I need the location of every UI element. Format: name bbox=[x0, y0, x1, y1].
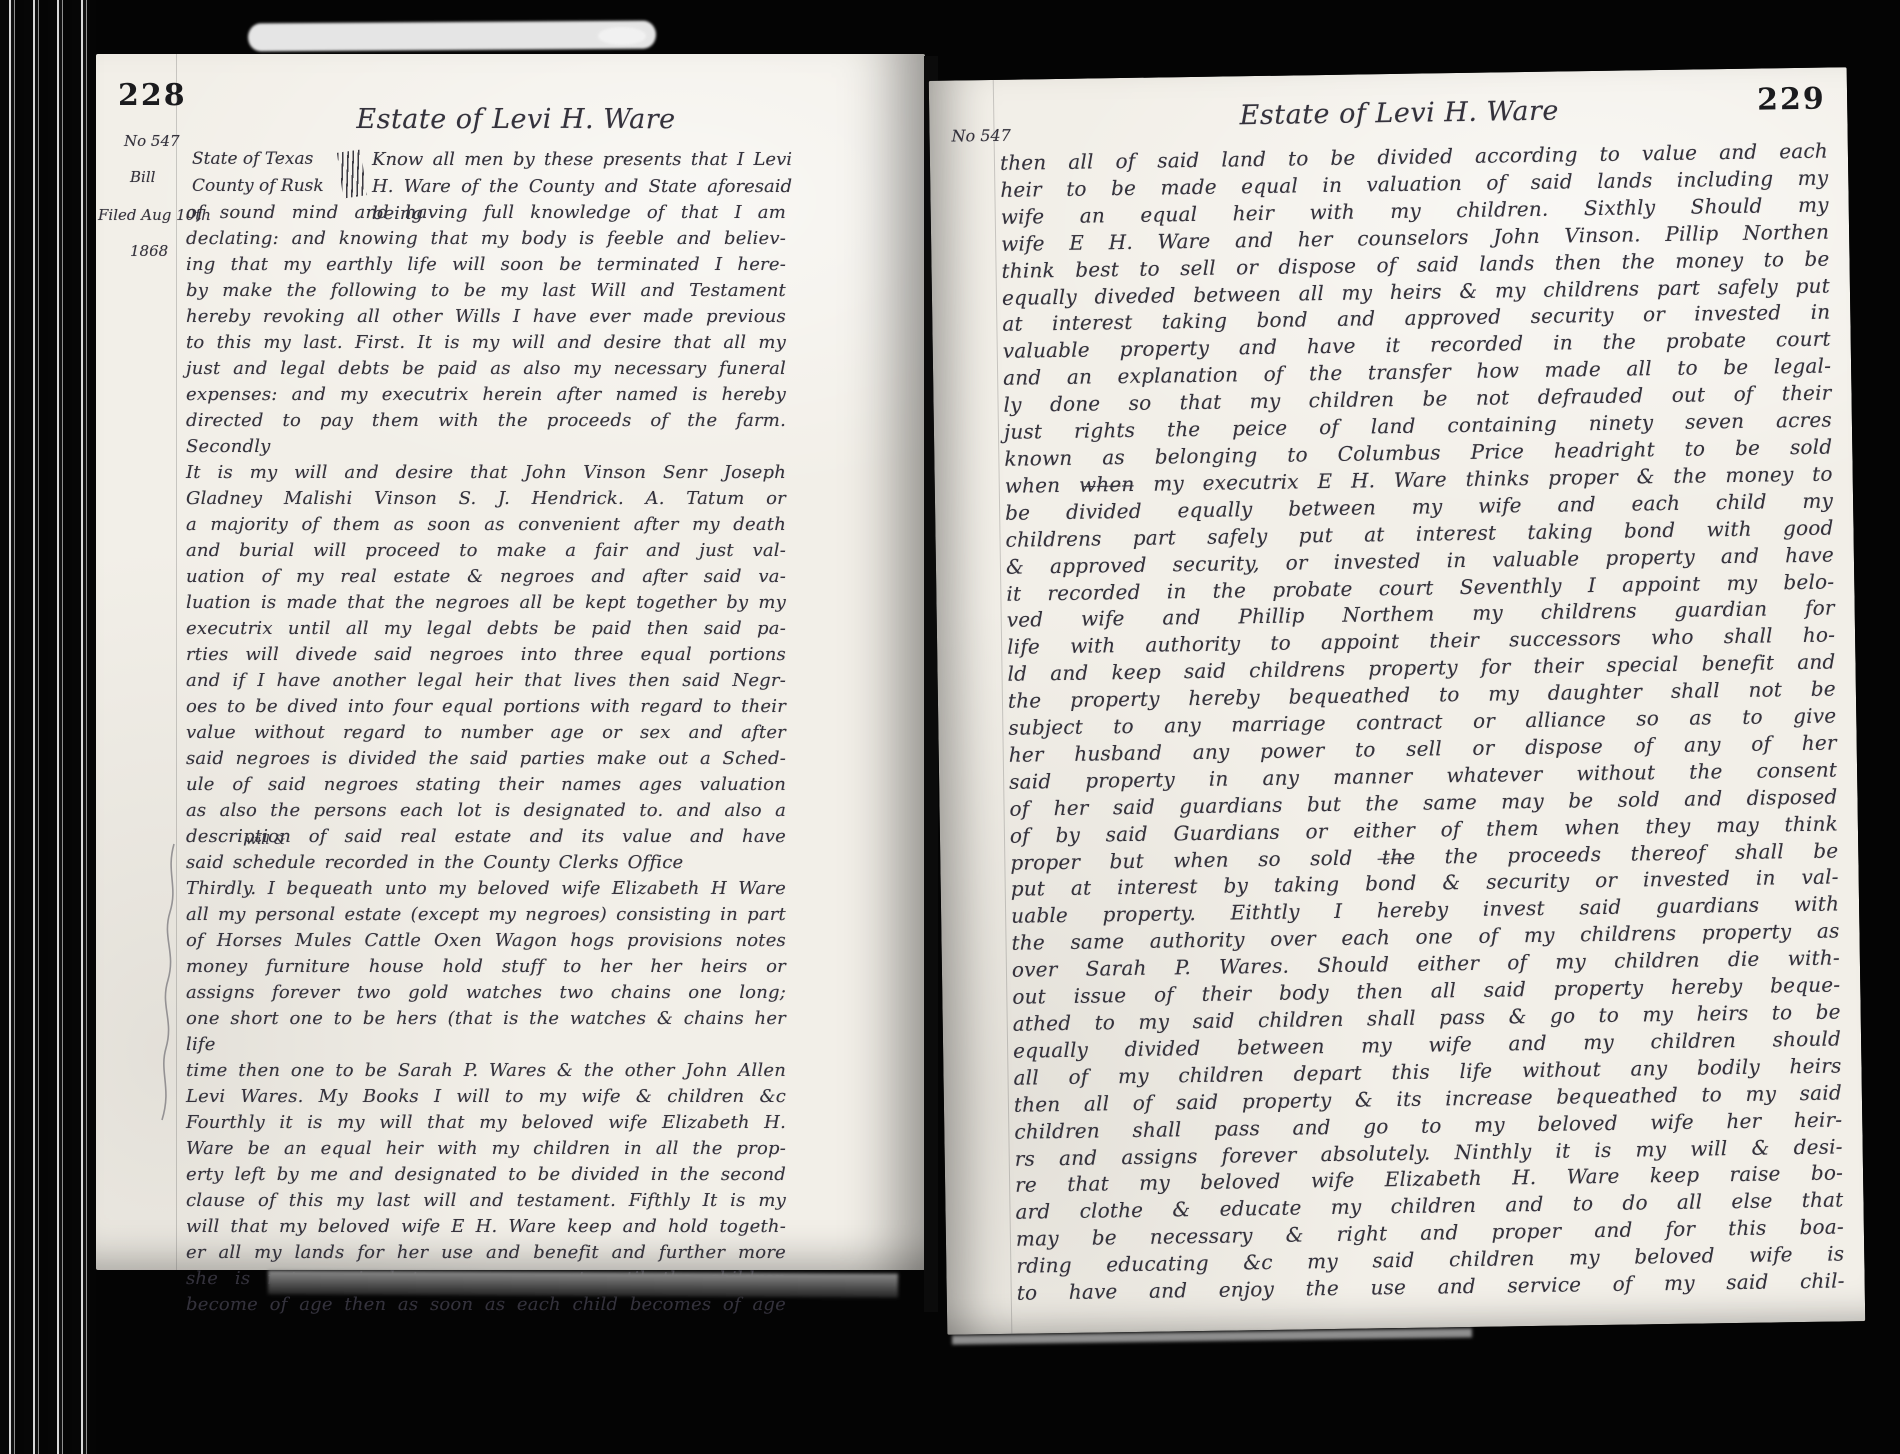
handwritten-line: Know all men by these presents that I Le… bbox=[372, 146, 792, 173]
left-page: 228 No 547 Bill Filed Aug 10th 1868 Esta… bbox=[96, 54, 925, 1270]
handwritten-line: rties will divede said negroes into thre… bbox=[186, 642, 786, 668]
handwritten-line: uation of my real estate & negroes and a… bbox=[186, 564, 786, 590]
handwritten-line: money furniture house hold stuff to her … bbox=[186, 954, 786, 980]
scanner-glare bbox=[248, 21, 656, 52]
handwritten-line: Ware be an equal heir with my children i… bbox=[186, 1136, 786, 1162]
handwritten-line: assigns forever two gold watches two cha… bbox=[186, 980, 786, 1006]
handwritten-line: by make the following to be my last Will… bbox=[186, 278, 786, 304]
handwritten-line: expenses: and my executrix herein after … bbox=[186, 382, 786, 408]
margin-note-case-number: No 547 bbox=[124, 132, 180, 150]
ink-hatch-mark bbox=[337, 150, 367, 199]
handwritten-line: declating: and knowing that my body is f… bbox=[186, 226, 786, 252]
scanner-glare-small bbox=[598, 27, 646, 45]
margin-script-marking bbox=[152, 842, 184, 1122]
handwritten-line: er all my lands for her use and benefit … bbox=[186, 1240, 786, 1266]
handwritten-line: oes to be dived into four equal portions… bbox=[186, 694, 786, 720]
handwritten-line: ing that my earthly life will soon be te… bbox=[186, 252, 786, 278]
handwritten-line: will that my beloved wife E H. Ware keep… bbox=[186, 1214, 786, 1240]
venue-line: State of Texas bbox=[192, 146, 340, 173]
handwritten-line: hereby revoking all other Wills I have e… bbox=[186, 304, 786, 330]
handwritten-line: clause of this my last will and testamen… bbox=[186, 1188, 786, 1214]
handwritten-line: of sound mind and having full knowledge … bbox=[186, 200, 786, 226]
handwritten-line: executrix until all my legal debts be pa… bbox=[186, 616, 786, 642]
handwritten-line: said negroes is divided the said parties… bbox=[186, 746, 786, 772]
right-folio-number: 229 bbox=[1757, 82, 1826, 118]
handwritten-line: time then one to be Sarah P. Wares & the… bbox=[186, 1058, 786, 1084]
book-edge-stripes bbox=[0, 0, 96, 1454]
book-scan: { "colors": { "background": "#040404", "… bbox=[0, 0, 1900, 1454]
handwritten-line: directed to pay them with the proceeds o… bbox=[186, 408, 786, 460]
handwritten-line: and if I have another legal heir that li… bbox=[186, 668, 786, 694]
handwritten-line: as also the persons each lot is designat… bbox=[186, 798, 786, 824]
handwritten-line: ule of said negroes stating their names … bbox=[186, 772, 786, 798]
right-case-number: No 547 bbox=[951, 126, 1011, 146]
left-folio-number: 228 bbox=[118, 78, 187, 113]
interlinear-insertion: will & bbox=[246, 833, 285, 848]
right-page-text: then all of said land to be divided acco… bbox=[1000, 138, 1845, 1307]
right-page: 229 No 547 Estate of Levi H. Ware then a… bbox=[929, 67, 1866, 1334]
book-edge-highlight-left bbox=[268, 1270, 898, 1297]
handwritten-line: Gladney Malishi Vinson S. J. Hendrick. A… bbox=[186, 486, 786, 512]
handwritten-line: value without regard to number age or se… bbox=[186, 720, 786, 746]
handwritten-line: just and legal debts be paid as also my … bbox=[186, 356, 786, 382]
handwritten-line: luation is made that the negroes all be … bbox=[186, 590, 786, 616]
handwritten-line: and burial will proceed to make a fair a… bbox=[186, 538, 786, 564]
handwritten-line: It is my will and desire that John Vinso… bbox=[186, 460, 786, 486]
margin-note-doc-type: Bill bbox=[130, 168, 155, 186]
left-page-text: of sound mind and having full knowledge … bbox=[186, 200, 786, 1318]
handwritten-line: one short one to be hers (that is the wa… bbox=[186, 1006, 786, 1058]
right-page-title: Estate of Levi H. Ware bbox=[1199, 95, 1599, 132]
handwritten-line: to this my last. First. It is my will an… bbox=[186, 330, 786, 356]
handwritten-line: all my personal estate (except my negroe… bbox=[186, 902, 786, 928]
left-page-title: Estate of Levi H. Ware bbox=[326, 104, 706, 135]
handwritten-line: Fourthly it is my will that my beloved w… bbox=[186, 1110, 786, 1136]
handwritten-line: Levi Wares. My Books I will to my wife &… bbox=[186, 1084, 786, 1110]
handwritten-line: said schedule recorded in the County Cle… bbox=[186, 850, 786, 876]
venue-line: County of Rusk bbox=[192, 173, 340, 200]
handwritten-line: Thirdly. I bequeath unto my beloved wife… bbox=[186, 876, 786, 902]
handwritten-line: erty left by me and designated to be div… bbox=[186, 1162, 786, 1188]
margin-note-year: 1868 bbox=[130, 242, 168, 260]
handwritten-line: a majority of them as soon as convenient… bbox=[186, 512, 786, 538]
handwritten-line: of Horses Mules Cattle Oxen Wagon hogs p… bbox=[186, 928, 786, 954]
